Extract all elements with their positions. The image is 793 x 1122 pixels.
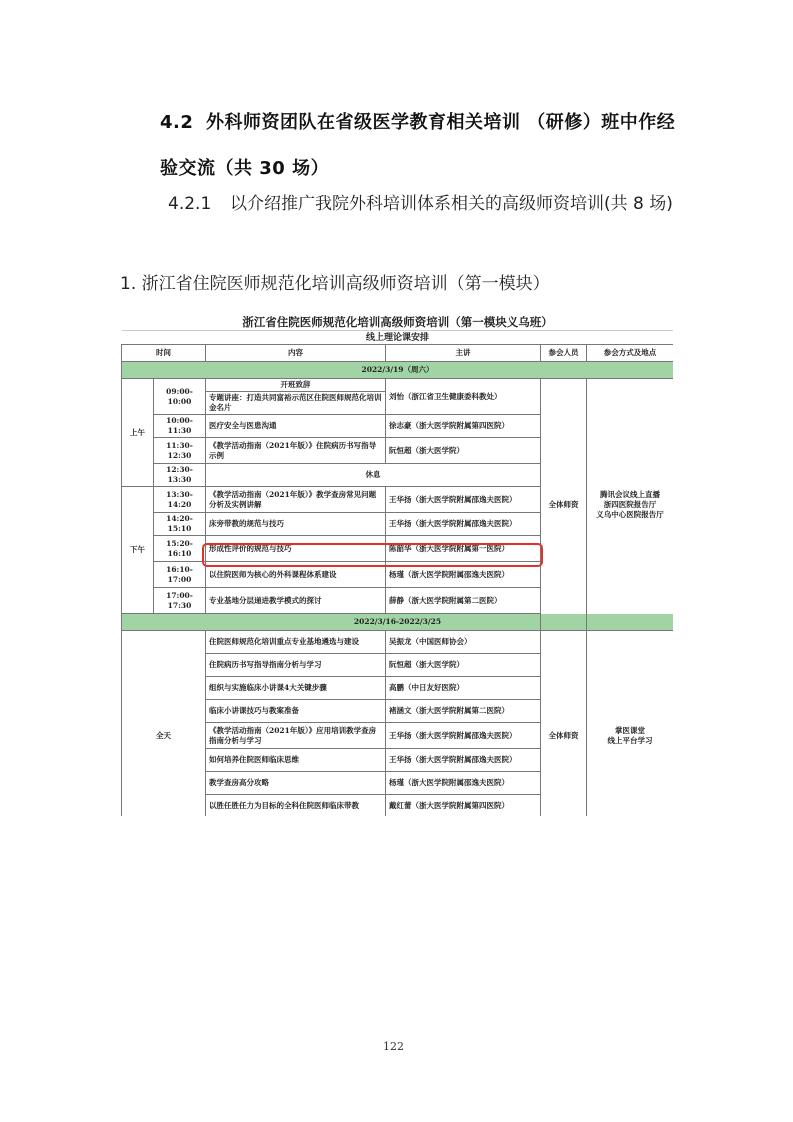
date-row: 2022/3/16-2022/3/25 <box>122 614 674 631</box>
header-attendees: 参会人员 <box>541 345 587 362</box>
time-cell-highlighted: 16:10-17:00 <box>154 562 206 588</box>
speaker-cell: 刘怡（浙江省卫生健康委科教处） <box>386 379 541 415</box>
speaker-cell: 阮恒超（浙大医学院） <box>386 654 541 677</box>
subsection-number: 4.2.1 <box>168 182 230 226</box>
table-subtitle: 线上理论课安排 <box>122 331 674 345</box>
time-cell: 17:00-17:30 <box>154 588 206 614</box>
period-allday: 全天 <box>122 631 206 817</box>
content-cell: 《教学活动指南（2021年版）》住院病历书写指导示例 <box>206 438 386 464</box>
content-cell: 专业基地分层递进教学模式的探讨 <box>206 588 386 614</box>
highlight-box <box>202 543 543 567</box>
attendees-cell: 全体师资 <box>541 631 587 817</box>
speaker-cell: 王华扬（浙大医学院附属邵逸夫医院） <box>386 513 541 536</box>
content-cell: 组织与实施临床小讲课4大关键步骤 <box>206 677 386 700</box>
time-cell: 11:30-12:30 <box>154 438 206 464</box>
speaker-cell: 杨瑾（浙大医学院附属邵逸夫医院） <box>386 772 541 795</box>
content-cell: 《教学活动指南（2021年版）》应用培训教学查房指南分析与学习 <box>206 723 386 749</box>
attendees-cell: 全体师资 <box>541 379 587 631</box>
content-cell: 医疗安全与医患沟通 <box>206 415 386 438</box>
section-number: 4.2 <box>160 100 206 146</box>
speaker-cell: 吴振龙（中国医师协会） <box>386 631 541 654</box>
time-cell: 14:20-15:10 <box>154 513 206 536</box>
location-cell: 腾讯会议线上直播 浙四医院报告厅 义乌中心医院报告厅 <box>587 379 674 631</box>
content-cell: 住院病历书写指导指南分析与学习 <box>206 654 386 677</box>
header-time: 时间 <box>122 345 206 362</box>
header-location: 参会方式及地点 <box>587 345 674 362</box>
time-cell: 13:30-14:20 <box>154 487 206 513</box>
header-speaker: 主讲 <box>386 345 541 362</box>
period-morning: 上午 <box>122 379 154 487</box>
header-content: 内容 <box>206 345 386 362</box>
content-cell: 专题讲座：打造共同富裕示范区住院医师规范化培训金名片 <box>206 392 386 415</box>
table-title: 浙江省住院医师规范化培训高级师资培训（第一模块义乌班） <box>122 313 674 331</box>
speaker-cell: 王华扬（浙大医学院附属邵逸夫医院） <box>386 749 541 772</box>
page-number: 122 <box>383 1040 404 1053</box>
content-cell: 开班致辞 <box>206 379 386 392</box>
content-cell: 教学查房高分攻略 <box>206 772 386 795</box>
time-cell: 10:00-11:30 <box>154 415 206 438</box>
time-cell: 15:20-16:10 <box>154 536 206 562</box>
period-afternoon: 下午 <box>122 487 154 614</box>
content-cell: 以胜任胜任力为目标的全科住院医师临床带教 <box>206 795 386 817</box>
location-cell: 掌医课堂 线上平台学习 <box>587 631 674 817</box>
time-cell: 09:00-10:00 <box>154 379 206 415</box>
content-cell: 床旁带教的规范与技巧 <box>206 513 386 536</box>
speaker-cell: 王华扬（浙大医学院附属邵逸夫医院） <box>386 723 541 749</box>
date-row: 2022/3/19（周六） <box>122 362 674 379</box>
content-cell: 临床小讲课技巧与教案准备 <box>206 700 386 723</box>
speaker-cell: 阮恒超（浙大医学院） <box>386 438 541 464</box>
content-cell: 《教学活动指南（2021年版）》教学查房常见问题分析及实例讲解 <box>206 487 386 513</box>
break-cell: 休息 <box>206 464 541 487</box>
time-cell: 12:30-13:30 <box>154 464 206 487</box>
speaker-cell: 薛静（浙大医学院附属第二医院） <box>386 588 541 614</box>
subsection-title: 以介绍推广我院外科培训体系相关的高级师资培训(共 8 场) <box>230 194 673 214</box>
subsection-heading: 4.2.1以介绍推广我院外科培训体系相关的高级师资培训(共 8 场) <box>168 182 688 226</box>
content-cell: 如何培养住院医师临床思维 <box>206 749 386 772</box>
speaker-cell: 高鹏（中日友好医院） <box>386 677 541 700</box>
section-heading: 4.2外科师资团队在省级医学教育相关培训 （研修）班中作经验交流（共 30 场） <box>160 100 690 192</box>
content-cell: 住院医师规范化培训重点专业基地遴选与建设 <box>206 631 386 654</box>
list-item-heading: 1. 浙江省住院医师规范化培训高级师资培训（第一模块） <box>120 264 550 304</box>
speaker-cell: 戴红蕾（浙大医学院附属第四医院） <box>386 795 541 817</box>
speaker-cell: 王华扬（浙大医学院附属邵逸夫医院） <box>386 487 541 513</box>
speaker-cell: 徐志豪（浙大医学院附属第四医院） <box>386 415 541 438</box>
speaker-cell: 褚涵文（浙大医学院附属第二医院） <box>386 700 541 723</box>
section-title: 外科师资团队在省级医学教育相关培训 （研修）班中作经验交流（共 30 场） <box>160 112 675 179</box>
